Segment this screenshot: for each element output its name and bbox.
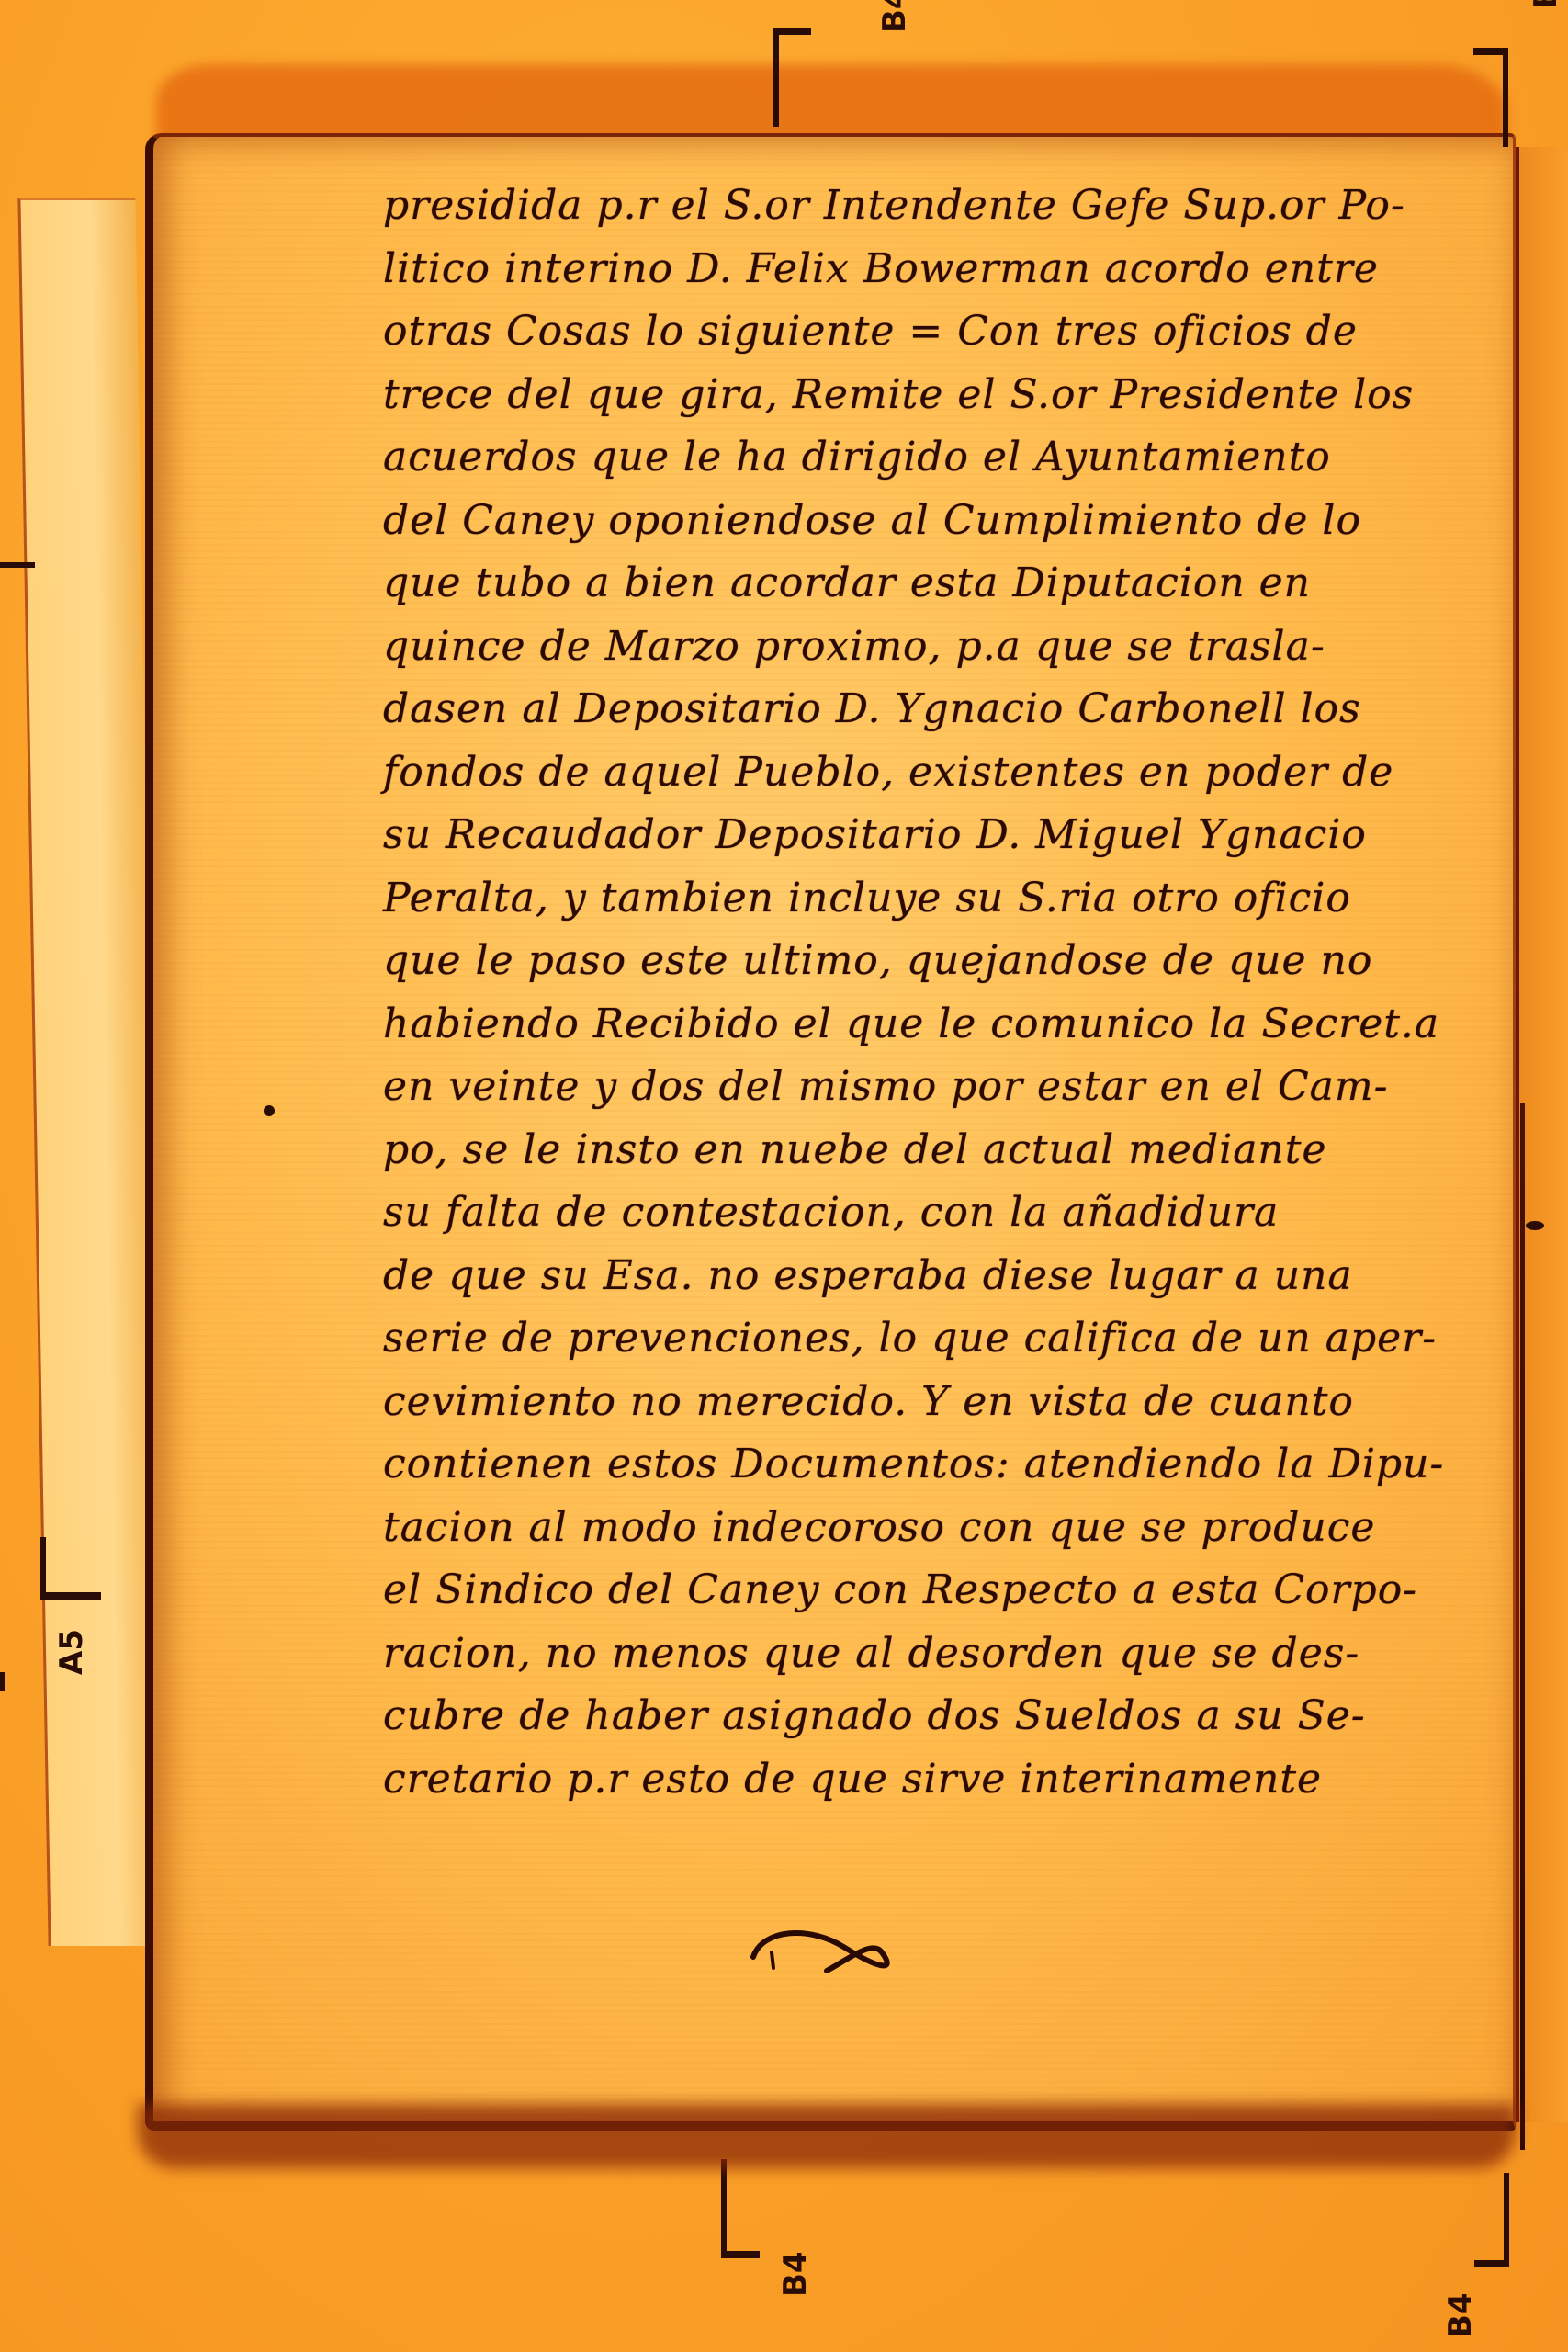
text-line: trece del que gira, Remite el S.or Presi… <box>383 354 1504 417</box>
text-line: dasen al Depositario D. Ygnacio Carbonel… <box>383 668 1504 731</box>
text-line: tacion al modo indecoroso con que se pro… <box>383 1487 1504 1550</box>
page-shadow-bottom <box>138 2104 1516 2168</box>
text-line: de que su Esa. no esperaba diese lugar a… <box>383 1235 1504 1298</box>
handwritten-text: presidida p.r el S.or Intendente Gefe Su… <box>383 164 1504 1801</box>
pin-hole <box>264 1105 275 1116</box>
text-line: presidida p.r el S.or Intendente Gefe Su… <box>383 164 1504 228</box>
text-line: su Recaudador Depositario D. Miguel Ygna… <box>383 794 1504 857</box>
closing-flourish-icon <box>744 1920 900 1975</box>
text-line: habiendo Recibido el que le comunico la … <box>383 983 1504 1046</box>
text-line: po, se le insto en nuebe del actual medi… <box>383 1109 1504 1172</box>
text-line: serie de prevenciones, lo que califica d… <box>383 1297 1504 1361</box>
thread-knot <box>1526 1221 1544 1230</box>
text-line: que le paso este ultimo, quejandose de q… <box>383 920 1504 983</box>
text-line: cretario p.r esto de que sirve interinam… <box>383 1738 1504 1802</box>
back-leaf <box>17 198 165 1946</box>
text-line: el Sindico del Caney con Respecto a esta… <box>383 1549 1504 1612</box>
text-line: racion, no menos que al desorden que se … <box>383 1612 1504 1676</box>
text-line: otras Cosas lo siguiente = Con tres ofic… <box>383 290 1504 354</box>
text-line: que tubo a bien acordar esta Diputacion … <box>383 542 1504 605</box>
text-line: quince de Marzo proximo, p.a que se tras… <box>383 605 1504 669</box>
text-line: fondos de aquel Pueblo, existentes en po… <box>383 731 1504 795</box>
page-fold-line <box>1520 1102 1525 2150</box>
text-line: del Caney oponiendose al Cumplimiento de… <box>383 480 1504 543</box>
manuscript-page: presidida p.r el S.or Intendente Gefe Su… <box>145 133 1516 2131</box>
text-line: en veinte y dos del mismo por estar en e… <box>383 1046 1504 1109</box>
text-line: su falta de contestacion, con la añadidu… <box>383 1171 1504 1235</box>
text-line: contienen estos Documentos: atendiendo l… <box>383 1423 1504 1487</box>
text-line: cubre de haber asignado dos Sueldos a su… <box>383 1675 1504 1738</box>
text-line: cevimiento no merecido. Y en vista de cu… <box>383 1361 1504 1424</box>
text-line: acuerdos que le ha dirigido el Ayuntamie… <box>383 416 1504 480</box>
text-line: Peralta, y tambien incluye su S.ria otro… <box>383 857 1504 921</box>
text-line: litico interino D. Felix Bowerman acordo… <box>383 228 1504 291</box>
